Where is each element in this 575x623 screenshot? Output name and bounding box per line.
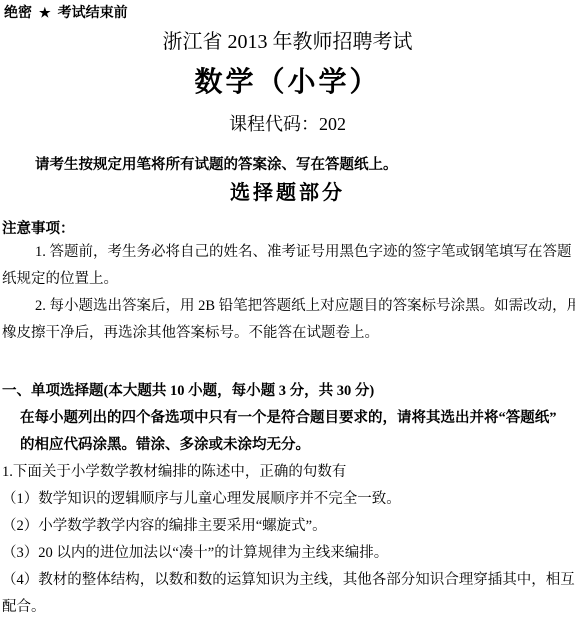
single-choice-section: 一、单项选择题(本大题共 10 小题，每小题 3 分，共 30 分) 在每小题列… bbox=[2, 378, 573, 459]
statement-line: （3）20 以内的进位加法以“凑十”的计算规律为主线来编排。 bbox=[2, 540, 573, 567]
notice-heading: 注意事项： bbox=[2, 219, 573, 239]
notice-block: 注意事项： 1. 答题前，考生务必将自己的姓名、准考证号用黑色字迹的签字笔或钢笔… bbox=[2, 219, 573, 347]
star-icon: ★ bbox=[39, 4, 51, 22]
subject-title: 数学（小学） bbox=[2, 67, 573, 99]
notice-line: 2. 每小题选出答案后，用 2B 铅笔把答题纸上对应题目的答案标号涂黑。如需改动… bbox=[2, 293, 573, 320]
section-heading: 一、单项选择题(本大题共 10 小题，每小题 3 分，共 30 分) bbox=[2, 378, 573, 405]
statement-line: 配合。 bbox=[2, 594, 573, 621]
question-stem: 1.下面关于小学数学教材编排的陈述中，正确的句数有 bbox=[2, 459, 573, 486]
section-instruction-line: 在每小题列出的四个备选项中只有一个是符合题目要求的，请将其选出并将“答题纸” bbox=[2, 405, 573, 432]
exam-paper-page: 绝密★考试结束前 浙江省 2013 年教师招聘考试 数学（小学） 课程代码：20… bbox=[0, 0, 575, 623]
section-instruction-line: 的相应代码涂黑。错涂、多涂或未涂均无分。 bbox=[2, 432, 573, 459]
statement-line: （1）数学知识的逻辑顺序与儿童心理发展顺序并不完全一致。 bbox=[2, 486, 573, 513]
statement-line: （2）小学数学教学内容的编排主要采用“螺旋式”。 bbox=[2, 513, 573, 540]
course-code: 课程代码：202 bbox=[2, 114, 573, 135]
section-part-title: 选择题部分 bbox=[2, 182, 573, 205]
answer-sheet-instruction: 请考生按规定用笔将所有试题的答案涂、写在答题纸上。 bbox=[2, 155, 573, 175]
notice-line: 纸规定的位置上。 bbox=[2, 266, 573, 293]
classification-line: 绝密★考试结束前 bbox=[2, 4, 573, 23]
notice-line: 橡皮擦干净后，再选涂其他答案标号。不能答在试题卷上。 bbox=[2, 320, 573, 347]
statement-line: （4）教材的整体结构，以数和数的运算知识为主线，其他各部分知识合理穿插其中，相互 bbox=[2, 567, 573, 594]
question-1: 1.下面关于小学数学教材编排的陈述中，正确的句数有 （1）数学知识的逻辑顺序与儿… bbox=[2, 459, 573, 621]
classification-label: 绝密 bbox=[4, 6, 32, 21]
classification-note: 考试结束前 bbox=[58, 6, 128, 21]
notice-line: 1. 答题前，考生务必将自己的姓名、准考证号用黑色字迹的签字笔或钢笔填写在答题 bbox=[2, 239, 573, 266]
exam-title: 浙江省 2013 年教师招聘考试 bbox=[2, 31, 573, 54]
